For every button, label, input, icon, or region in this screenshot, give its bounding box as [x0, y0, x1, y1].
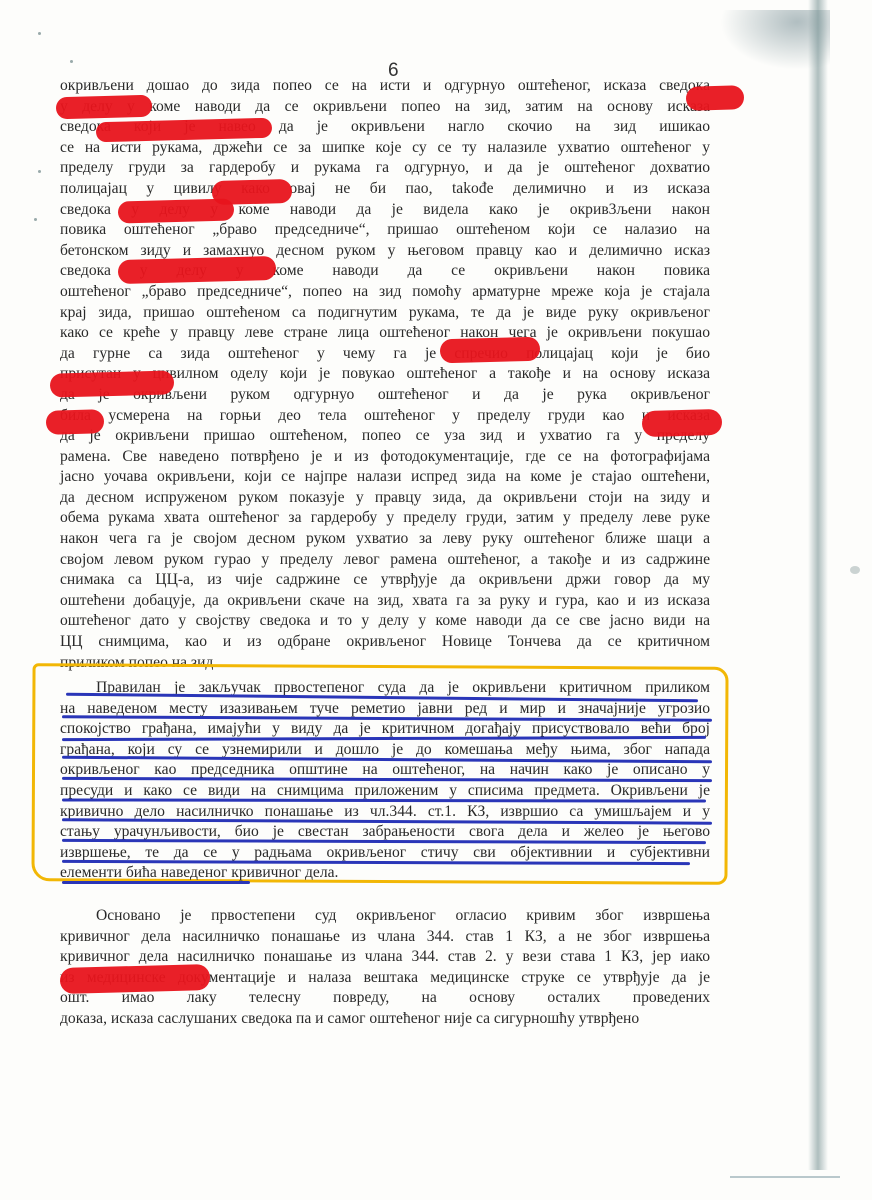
text-line: оштећеног дато у својству сведока и то у…	[60, 611, 710, 632]
text-line: се на исти рукама, држећи се за шипке ко…	[60, 138, 710, 159]
text-line: крај зида, пришао оштећеном са подигнути…	[60, 303, 710, 324]
redaction-mark	[50, 370, 175, 397]
text-line: након чега га је својом десном руком ухв…	[60, 529, 710, 550]
redaction-mark	[440, 337, 541, 364]
text-line: да је окривљени пришао оштећеном, попео …	[60, 426, 710, 447]
text-line: да десном испруженом руком показује у пр…	[60, 488, 710, 509]
scan-speck	[34, 218, 37, 221]
text-line: снимака са ЦЦ-а, из чије садржине се утв…	[60, 570, 710, 591]
scan-bottom-line	[730, 1176, 840, 1178]
scan-speck	[38, 32, 41, 35]
scan-speck	[70, 60, 73, 63]
text-line: Основано је првостепени суд окривљеног о…	[60, 906, 710, 927]
text-line: била усмерена на горњи део тела оштећено…	[60, 406, 710, 427]
text-line: ЦЦ снимцима, као и из одбране окривљеног…	[60, 632, 710, 653]
redaction-mark	[60, 964, 211, 994]
redaction-mark	[46, 409, 105, 435]
text-line: полицајац у цивилу како овај не би пао, …	[60, 179, 710, 200]
text-line: јасно уочава окривљени, који се најпре н…	[60, 467, 710, 488]
text-line: како се креће у правцу леве стране лица …	[60, 323, 710, 344]
scan-edge-shadow	[808, 0, 828, 1170]
text-line: кривичног дела насилничко понашање из чл…	[60, 927, 710, 948]
text-line: доказа, исказа саслушаних сведока па и с…	[60, 1009, 710, 1030]
scan-speck	[38, 170, 41, 173]
redaction-mark	[118, 256, 277, 284]
text-line: оштећени добацује, да окривљени скаче на…	[60, 591, 710, 612]
redaction-mark	[642, 409, 723, 437]
text-line: рамена. Све наведено потврђено је и из ф…	[60, 447, 710, 468]
redaction-mark	[686, 85, 745, 111]
text-line: окривљени дошао до зида попео се на исти…	[60, 76, 710, 97]
text-line: обема рукама хвата оштећеног за гардероб…	[60, 508, 710, 529]
text-line: ошт. имао лаку телесну повреду, на основ…	[60, 988, 710, 1009]
text-line: у делу у коме наводи да се окривљени поп…	[60, 97, 710, 118]
underline-stroke	[62, 881, 250, 884]
text-line: повика оштећеног „браво председниче“, пр…	[60, 220, 710, 241]
text-line: пределу груди за гардеробу и рукама га о…	[60, 158, 710, 179]
redaction-mark	[118, 198, 235, 223]
text-line: својом левом руком гурао у пределу левог…	[60, 550, 710, 571]
redaction-mark	[56, 95, 153, 120]
text-line: да гурне са зида оштећеног у чему га је …	[60, 344, 710, 365]
text-line: оштећеног „браво председниче“, попео на …	[60, 282, 710, 303]
scan-speck	[850, 566, 860, 574]
